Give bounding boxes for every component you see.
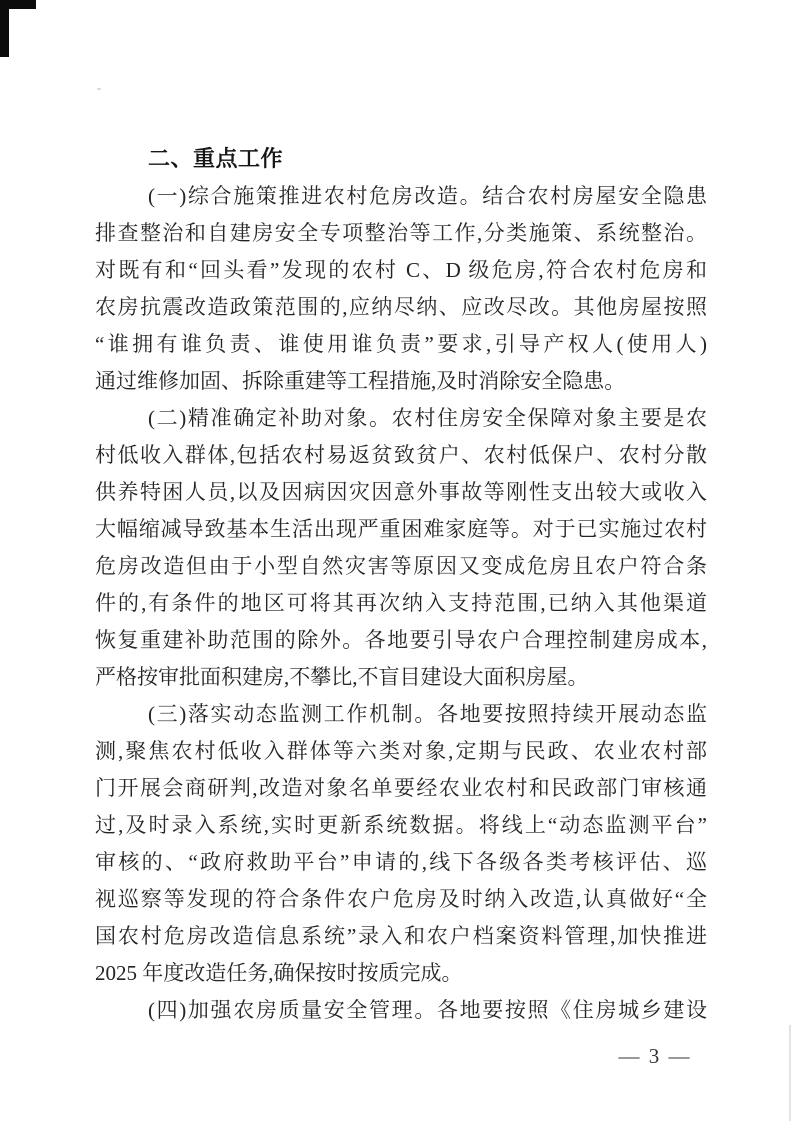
- text-line: 门开展会商研判,改造对象名单要经农业农村和民政部门审核通: [95, 770, 707, 807]
- section-heading: 二、重点工作: [148, 144, 283, 174]
- paragraph-1: (一)综合施策推进农村危房改造。结合农村房屋安全隐患 排查整治和自建房安全专项整…: [95, 178, 707, 400]
- text-line: 供养特困人员,以及因病因灾因意外事故等刚性支出较大或收入: [95, 474, 707, 511]
- text-line: 视巡察等发现的符合条件农户危房及时纳入改造,认真做好“全: [95, 881, 707, 918]
- scan-artifact-corner-horizontal: [0, 0, 36, 9]
- scan-speck: [97, 88, 101, 90]
- text-line: (四)加强农房质量安全管理。各地要按照《住房城乡建设: [95, 992, 707, 1029]
- paragraph-4: (四)加强农房质量安全管理。各地要按照《住房城乡建设: [95, 992, 707, 1029]
- paragraph-3: (三)落实动态监测工作机制。各地要按照持续开展动态监 测,聚焦农村低收入群体等六…: [95, 696, 707, 992]
- text-line: 审核的、“政府救助平台”申请的,线下各级各类考核评估、巡: [95, 844, 707, 881]
- paragraph-2: (二)精准确定补助对象。农村住房安全保障对象主要是农 村低收入群体,包括农村易返…: [95, 400, 707, 696]
- document-page: 二、重点工作 (一)综合施策推进农村危房改造。结合农村房屋安全隐患 排查整治和自…: [0, 0, 793, 1121]
- text-line: 严格按审批面积建房,不攀比,不盲目建设大面积房屋。: [95, 659, 707, 696]
- text-line: 危房改造但由于小型自然灾害等原因又变成危房且农户符合条: [95, 548, 707, 585]
- text-line: 国农村危房改造信息系统”录入和农户档案资料管理,加快推进: [95, 918, 707, 955]
- document-body: (一)综合施策推进农村危房改造。结合农村房屋安全隐患 排查整治和自建房安全专项整…: [95, 178, 707, 1029]
- text-line: 排查整治和自建房安全专项整治等工作,分类施策、系统整治。: [95, 215, 707, 252]
- text-line: “谁拥有谁负责、谁使用谁负责”要求,引导产权人(使用人): [95, 326, 707, 363]
- text-line: (三)落实动态监测工作机制。各地要按照持续开展动态监: [95, 696, 707, 733]
- text-line: (一)综合施策推进农村危房改造。结合农村房屋安全隐患: [95, 178, 707, 215]
- text-line: 过,及时录入系统,实时更新系统数据。将线上“动态监测平台”: [95, 807, 707, 844]
- scan-edge-line: [789, 1025, 791, 1121]
- text-line: 村低收入群体,包括农村易返贫致贫户、农村低保户、农村分散: [95, 437, 707, 474]
- page-number: — 3 —: [605, 1044, 705, 1068]
- text-line: 测,聚焦农村低收入群体等六类对象,定期与民政、农业农村部: [95, 733, 707, 770]
- text-line: 对既有和“回头看”发现的农村 C、D 级危房,符合农村危房和: [95, 252, 707, 289]
- text-line: 农房抗震改造政策范围的,应纳尽纳、应改尽改。其他房屋按照: [95, 289, 707, 326]
- text-line: (二)精准确定补助对象。农村住房安全保障对象主要是农: [95, 400, 707, 437]
- text-line: 2025 年度改造任务,确保按时按质完成。: [95, 955, 707, 992]
- text-line: 大幅缩减导致基本生活出现严重困难家庭等。对于已实施过农村: [95, 511, 707, 548]
- text-line: 恢复重建补助范围的除外。各地要引导农户合理控制建房成本,: [95, 622, 707, 659]
- text-line: 件的,有条件的地区可将其再次纳入支持范围,已纳入其他渠道: [95, 585, 707, 622]
- text-line: 通过维修加固、拆除重建等工程措施,及时消除安全隐患。: [95, 363, 707, 400]
